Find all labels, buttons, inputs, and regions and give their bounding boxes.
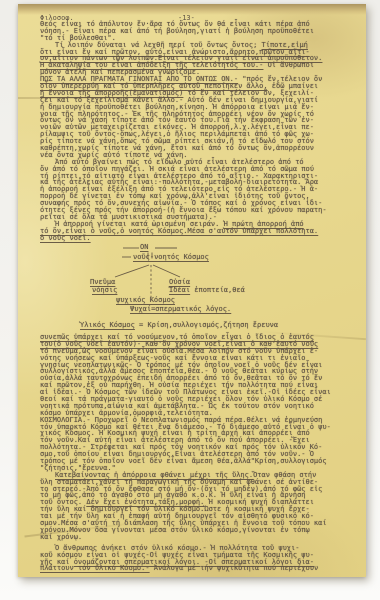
text-line: χρόνου.Μόνον ὅσα γίνονται μέσα στόν ὑλικ… [40, 527, 360, 534]
diagram-node-ideai: Ἰδέαι ἐποπτεία,θεά [169, 286, 245, 294]
diagram-node-on: ΟΝ [140, 243, 148, 251]
emanation-diagram: ΟΝ νοῦς-νοητός Κόσμος Πνεῦμα νόησις Οὐσί… [18, 244, 366, 339]
text-block-upper: Θεός εἶναι τό ἀπόλυτον ἕν·ἄρα τό ὄντως ὄ… [40, 21, 358, 242]
diagram-node-psychikos-kosmos: ψυχικός Κόσμος [116, 296, 175, 304]
text-line: πλάττουν τόν ὑλικό Κόσμο.- Ἀνάλογα μέ τή… [40, 565, 360, 572]
text-block-lower: συνεπῶς ὑπάρχει καί τό νοούμενον,τό ὁποῖ… [40, 334, 360, 572]
diagram-node-pneuma: Πνεῦμα [90, 278, 115, 286]
diagram-node-nous: νοῦς-νοητός Κόσμος [133, 253, 209, 261]
diagram-node-psychai: Ψυχαί=σπερματικός λόγος. [130, 305, 231, 313]
diagram-node-noesis: νόησις [92, 286, 117, 294]
diagram-node-ousia: Οὐσία [169, 278, 190, 286]
text-line: ὁ νοῦς νοεῖ. [40, 235, 358, 242]
paper-sheet: Φιλοσοφ. -13- Θεός εἶναι τό ἀπόλυτον ἕν·… [18, 4, 366, 577]
scanned-document-page: { "page": { "header_left": "Φιλοσοφ.", "… [0, 0, 380, 600]
diagram-node-ylikos-kosmos: Ὑλικός Κόσμος = Κρίση,συλλογισμός,ζήτηση… [80, 321, 278, 329]
text-line: καί χρόνῳ. [40, 534, 360, 541]
